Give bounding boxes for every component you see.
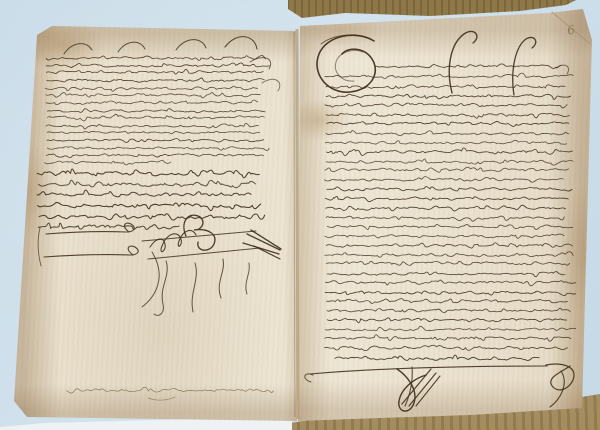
manuscript-photo: 6 bbox=[0, 0, 600, 430]
